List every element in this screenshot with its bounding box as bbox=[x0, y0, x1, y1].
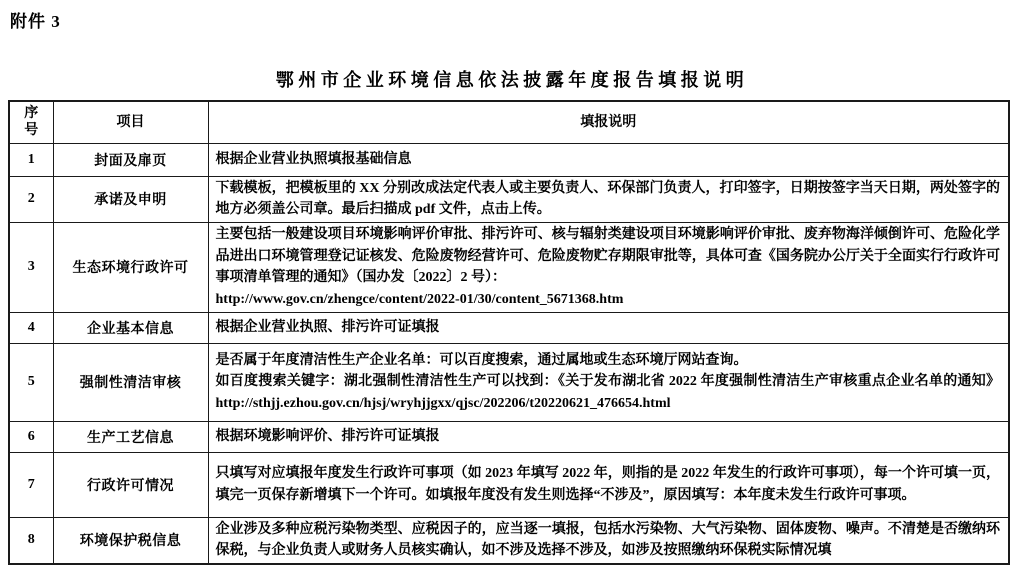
row-item: 封面及扉页 bbox=[53, 143, 208, 176]
row-description: 下载模板，把模板里的 XX 分别改成法定代表人或主要负责人、环保部门负责人，打印… bbox=[208, 176, 1009, 222]
row-item: 行政许可情况 bbox=[53, 452, 208, 517]
description-paragraph: 根据企业营业执照填报基础信息 bbox=[216, 149, 1001, 171]
row-number: 3 bbox=[9, 222, 53, 312]
table-row: 4 企业基本信息 根据企业营业执照、排污许可证填报 bbox=[9, 312, 1009, 343]
description-paragraph: 是否属于年度清洁性生产企业名单：可以百度搜索，通过属地或生态环境厅网站查询。 bbox=[216, 350, 1001, 372]
row-description: 根据企业营业执照填报基础信息 bbox=[208, 143, 1009, 176]
description-url: http://www.gov.cn/zhengce/content/2022-0… bbox=[216, 289, 1001, 311]
row-description: 只填写对应填报年度发生行政许可事项（如 2023 年填写 2022 年，则指的是… bbox=[208, 452, 1009, 517]
row-item: 企业基本信息 bbox=[53, 312, 208, 343]
row-description: 是否属于年度清洁性生产企业名单：可以百度搜索，通过属地或生态环境厅网站查询。 如… bbox=[208, 343, 1009, 421]
page-title: 鄂州市企业环境信息依法披露年度报告填报说明 bbox=[0, 66, 1024, 92]
table-row: 7 行政许可情况 只填写对应填报年度发生行政许可事项（如 2023 年填写 20… bbox=[9, 452, 1009, 517]
table-row: 8 环境保护税信息 企业涉及多种应税污染物类型、应税因子的，应当逐一填报，包括水… bbox=[9, 517, 1009, 564]
description-paragraph: 只填写对应填报年度发生行政许可事项（如 2023 年填写 2022 年，则指的是… bbox=[216, 463, 1001, 506]
column-header-explanation: 填报说明 bbox=[208, 101, 1009, 143]
column-header-item: 项目 bbox=[53, 101, 208, 143]
table-header-row: 序号 项目 填报说明 bbox=[9, 101, 1009, 143]
description-paragraph: 企业涉及多种应税污染物类型、应税因子的，应当逐一填报，包括水污染物、大气污染物、… bbox=[216, 519, 1001, 562]
row-number: 5 bbox=[9, 343, 53, 421]
description-paragraph: 根据企业营业执照、排污许可证填报 bbox=[216, 317, 1001, 339]
row-item: 强制性清洁审核 bbox=[53, 343, 208, 421]
column-header-number: 序号 bbox=[9, 101, 53, 143]
row-item: 生产工艺信息 bbox=[53, 421, 208, 452]
table-row: 1 封面及扉页 根据企业营业执照填报基础信息 bbox=[9, 143, 1009, 176]
table-row: 5 强制性清洁审核 是否属于年度清洁性生产企业名单：可以百度搜索，通过属地或生态… bbox=[9, 343, 1009, 421]
row-description: 主要包括一般建设项目环境影响评价审批、排污许可、核与辐射类建设项目环境影响评价审… bbox=[208, 222, 1009, 312]
row-description: 根据企业营业执照、排污许可证填报 bbox=[208, 312, 1009, 343]
table-row: 3 生态环境行政许可 主要包括一般建设项目环境影响评价审批、排污许可、核与辐射类… bbox=[9, 222, 1009, 312]
row-description: 根据环境影响评价、排污许可证填报 bbox=[208, 421, 1009, 452]
row-number: 7 bbox=[9, 452, 53, 517]
table-row: 2 承诺及申明 下载模板，把模板里的 XX 分别改成法定代表人或主要负责人、环保… bbox=[9, 176, 1009, 222]
description-paragraph: 如百度搜索关键字：湖北强制性清洁性生产可以找到：《关于发布湖北省 2022 年度… bbox=[216, 371, 1001, 414]
row-description: 企业涉及多种应税污染物类型、应税因子的，应当逐一填报，包括水污染物、大气污染物、… bbox=[208, 517, 1009, 564]
description-paragraph: 根据环境影响评价、排污许可证填报 bbox=[216, 426, 1001, 448]
row-number: 4 bbox=[9, 312, 53, 343]
row-item: 生态环境行政许可 bbox=[53, 222, 208, 312]
document-page: 附件 3 鄂州市企业环境信息依法披露年度报告填报说明 序号 项目 填报说明 1 … bbox=[0, 0, 1024, 571]
row-item: 承诺及申明 bbox=[53, 176, 208, 222]
row-number: 8 bbox=[9, 517, 53, 564]
row-number: 1 bbox=[9, 143, 53, 176]
table-row: 6 生产工艺信息 根据环境影响评价、排污许可证填报 bbox=[9, 421, 1009, 452]
instructions-table: 序号 项目 填报说明 1 封面及扉页 根据企业营业执照填报基础信息 2 承诺及申… bbox=[8, 100, 1010, 565]
description-paragraph: 下载模板，把模板里的 XX 分别改成法定代表人或主要负责人、环保部门负责人，打印… bbox=[216, 178, 1001, 221]
row-number: 6 bbox=[9, 421, 53, 452]
attachment-label: 附件 3 bbox=[10, 7, 61, 32]
row-number: 2 bbox=[9, 176, 53, 222]
row-item: 环境保护税信息 bbox=[53, 517, 208, 564]
description-paragraph: 主要包括一般建设项目环境影响评价审批、排污许可、核与辐射类建设项目环境影响评价审… bbox=[216, 224, 1001, 289]
